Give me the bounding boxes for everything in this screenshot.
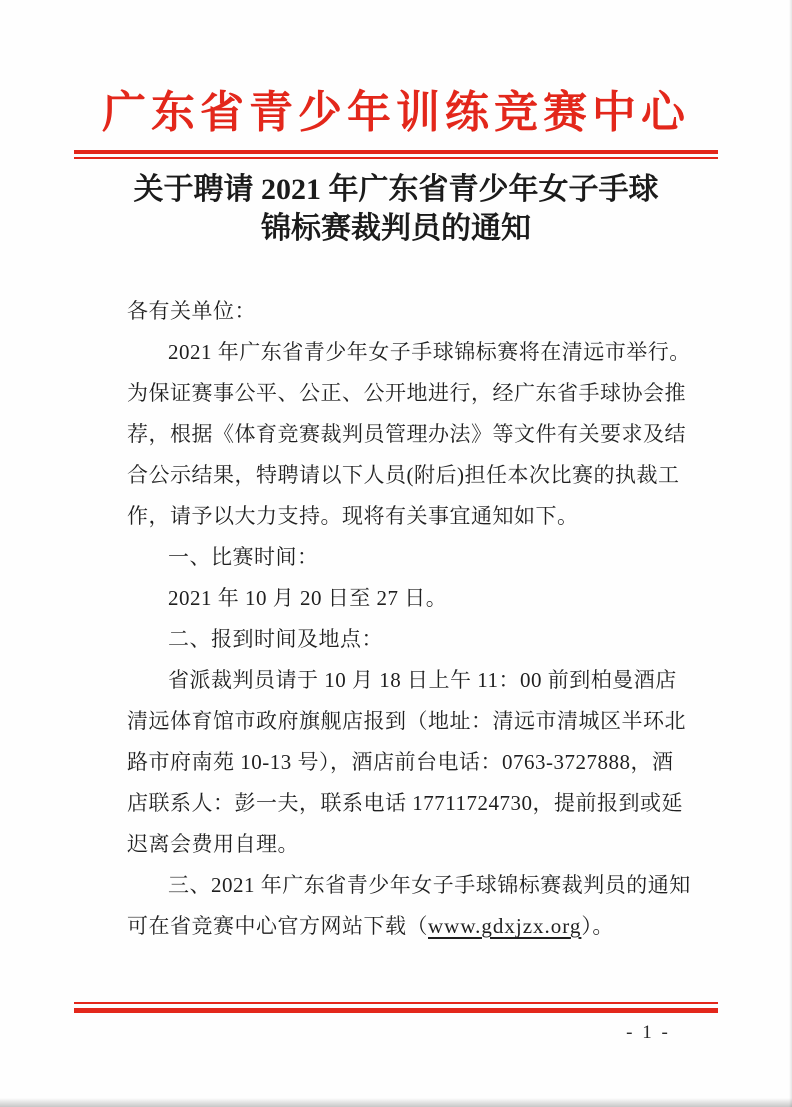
- body-line: 作，请予以大力支持。现将有关事宜通知如下。: [127, 496, 687, 537]
- body-line: 荐，根据《体育竞赛裁判员管理办法》等文件有关要求及结: [127, 414, 687, 455]
- document-page: 广东省青少年训练竞赛中心 关于聘请 2021 年广东省青少年女子手球 锦标赛裁判…: [0, 0, 792, 1107]
- body-line: 省派裁判员请于 10 月 18 日上午 11：00 前到柏曼酒店: [127, 660, 687, 701]
- body-line-section-3: 三、2021 年广东省青少年女子手球锦标赛裁判员的通知: [127, 865, 687, 906]
- body-line-salutation: 各有关单位：: [127, 291, 687, 332]
- website-line-suffix: ）。: [581, 914, 614, 938]
- body-line: 合公示结果，特聘请以下人员(附后)担任本次比赛的执裁工: [127, 455, 687, 496]
- body-line: 迟离会费用自理。: [127, 824, 687, 865]
- body-line: 为保证赛事公平、公正、公开地进行，经广东省手球协会推: [127, 373, 687, 414]
- letterhead-divider: [74, 150, 718, 159]
- website-url: www.gdxjzx.org: [428, 914, 581, 938]
- document-title-line-2: 锦标赛裁判员的通知: [0, 209, 792, 248]
- document-title: 关于聘请 2021 年广东省青少年女子手球 锦标赛裁判员的通知: [0, 170, 792, 248]
- document-title-line-1: 关于聘请 2021 年广东省青少年女子手球: [0, 170, 792, 209]
- body-line: 2021 年 10 月 20 日至 27 日。: [127, 578, 687, 619]
- body-line: 店联系人：彭一夫，联系电话 17711724730，提前报到或延: [127, 783, 687, 824]
- body-line: 清远体育馆市政府旗舰店报到（地址：清远市清城区半环北: [127, 701, 687, 742]
- body-line: 路市府南苑 10-13 号），酒店前台电话：0763-3727888，酒: [127, 742, 687, 783]
- divider-thin-bar: [74, 157, 718, 159]
- scan-edge-artifact: [0, 1098, 792, 1107]
- document-body: 各有关单位： 2021 年广东省青少年女子手球锦标赛将在清远市举行。 为保证赛事…: [127, 291, 687, 947]
- letterhead-org-name: 广东省青少年训练竞赛中心: [0, 76, 792, 140]
- body-line-website: 可在省竞赛中心官方网站下载（www.gdxjzx.org）。: [127, 906, 687, 947]
- body-line-section-1: 一、比赛时间：: [127, 537, 687, 578]
- website-line-prefix: 可在省竞赛中心官方网站下载（: [127, 914, 428, 938]
- page-number: - 1 -: [597, 1022, 697, 1044]
- body-line: 2021 年广东省青少年女子手球锦标赛将在清远市举行。: [127, 332, 687, 373]
- footer-divider: [74, 1002, 718, 1013]
- divider-thick-bar: [74, 1008, 718, 1013]
- body-line-section-2: 二、报到时间及地点：: [127, 619, 687, 660]
